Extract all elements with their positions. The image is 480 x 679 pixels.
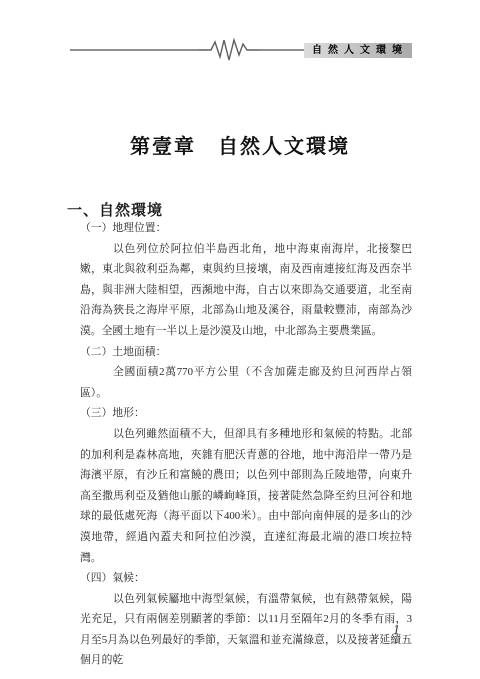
header-badge: 自然人文環境 bbox=[304, 43, 412, 58]
subsection-label: （二）土地面積： bbox=[80, 342, 412, 363]
subsection-geography: （一）地理位置： 以色列位於阿拉伯半島西北角，地中海東南海岸，北接黎巴嫩，東北與… bbox=[80, 218, 412, 342]
subsection-paragraph: 以色列位於阿拉伯半島西北角，地中海東南海岸，北接黎巴嫩，東北與敘利亞為鄰，東與約… bbox=[80, 239, 412, 342]
subsection-paragraph: 以色列氣候屬地中海型氣候，有溫帶氣候，也有熱帶氣候，陽光充足，只有兩個差別顯著的… bbox=[80, 589, 412, 671]
page-header: 自然人文環境 bbox=[70, 37, 412, 63]
page-number: 1 bbox=[393, 622, 400, 638]
subsection-terrain: （三）地形： 以色列雖然面積不大，但卻具有多種地形和氣候的特點。北部的加利利是森… bbox=[80, 403, 412, 568]
subsection-climate: （四）氣候： 以色列氣候屬地中海型氣候，有溫帶氣候，也有熱帶氣候，陽光充足，只有… bbox=[80, 568, 412, 671]
header-rule-right bbox=[260, 49, 304, 51]
subsection-label: （一）地理位置： bbox=[80, 218, 412, 239]
subsection-label: （三）地形： bbox=[80, 403, 412, 424]
waveform-icon bbox=[198, 37, 260, 63]
subsection-paragraph: 以色列雖然面積不大，但卻具有多種地形和氣候的特點。北部的加利利是森林高地，夾雜有… bbox=[80, 424, 412, 568]
header-rule-left bbox=[70, 49, 198, 51]
subsection-paragraph: 全國面積2萬770平方公里（不含加薩走廊及約旦河西岸占領區）。 bbox=[80, 362, 412, 403]
subsection-label: （四）氣候： bbox=[80, 568, 412, 589]
body-content: （一）地理位置： 以色列位於阿拉伯半島西北角，地中海東南海岸，北接黎巴嫩，東北與… bbox=[80, 218, 412, 671]
document-page: 自然人文環境 第壹章 自然人文環境 一、自然環境 （一）地理位置： 以色列位於阿… bbox=[0, 0, 480, 679]
subsection-land-area: （二）土地面積： 全國面積2萬770平方公里（不含加薩走廊及約旦河西岸占領區）。 bbox=[80, 342, 412, 404]
chapter-title: 第壹章 自然人文環境 bbox=[0, 130, 480, 159]
